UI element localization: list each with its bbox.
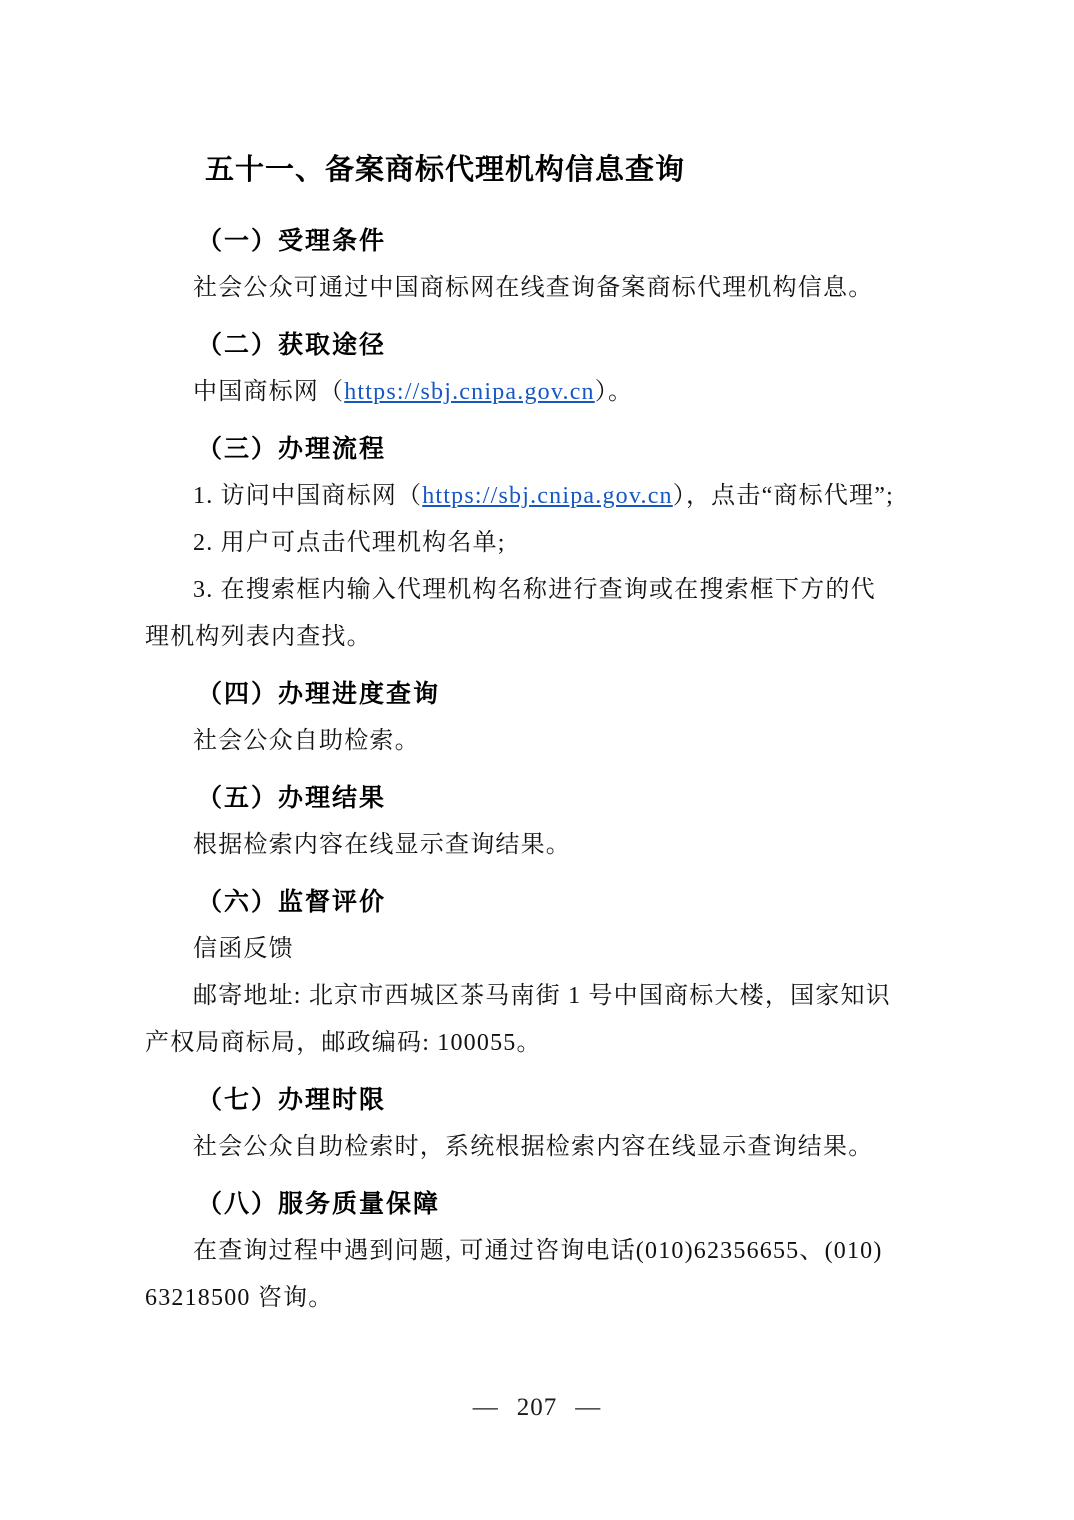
paragraph-progress-query: 社会公众自助检索。 [145,718,934,765]
paragraph-process-step-3-line-2: 理机构列表内查找。 [145,614,934,661]
paragraph-acceptance-conditions: 社会公众可通过中国商标网在线查询备案商标代理机构信息。 [145,265,934,312]
section-heading-progress-query: （四）办理进度查询 [145,671,934,718]
section-heading-process: （三）办理流程 [145,426,934,473]
section-heading-acceptance-conditions: （一）受理条件 [145,218,934,265]
page-title: 五十一、备案商标代理机构信息查询 [145,148,934,192]
document-page: 五十一、备案商标代理机构信息查询 （一）受理条件 社会公众可通过中国商标网在线查… [0,0,1074,1520]
paragraph-time-limit: 社会公众自助检索时，系统根据检索内容在线显示查询结果。 [145,1124,934,1171]
footer-left-dash: — [473,1388,499,1428]
step1-text-before-link: 1. 访问中国商标网（ [193,483,422,509]
paragraph-result: 根据检索内容在线显示查询结果。 [145,822,934,869]
text-before-link: 中国商标网（ [193,379,344,405]
paragraph-service-quality-line-2: 63218500 咨询。 [145,1275,934,1322]
section-heading-time-limit: （七）办理时限 [145,1077,934,1124]
paragraph-mailing-address-line-1: 邮寄地址: 北京市西城区茶马南街 1 号中国商标大楼，国家知识 [145,973,934,1020]
page-number: 207 [517,1394,558,1421]
text-after-link: ）。 [595,379,633,405]
paragraph-process-step-2: 2. 用户可点击代理机构名单; [145,520,934,567]
cnipa-website-link[interactable]: https://sbj.cnipa.gov.cn [422,483,673,509]
cnipa-website-link[interactable]: https://sbj.cnipa.gov.cn [344,379,595,405]
paragraph-process-step-1: 1. 访问中国商标网（https://sbj.cnipa.gov.cn），点击“… [145,473,934,520]
paragraph-access-channel: 中国商标网（https://sbj.cnipa.gov.cn）。 [145,369,934,416]
section-heading-service-quality: （八）服务质量保障 [145,1181,934,1228]
step1-text-after-link: ），点击“商标代理”; [673,483,894,509]
section-heading-result: （五）办理结果 [145,775,934,822]
section-heading-supervision: （六）监督评价 [145,879,934,926]
paragraph-mailing-address-line-2: 产权局商标局，邮政编码: 100055。 [145,1020,934,1067]
paragraph-supervision-feedback: 信函反馈 [145,926,934,973]
paragraph-service-quality-line-1: 在查询过程中遇到问题, 可通过咨询电话(010)62356655、(010) [145,1228,934,1275]
page-footer: —207— [0,1388,1074,1428]
section-heading-access-channel: （二）获取途径 [145,322,934,369]
paragraph-process-step-3-line-1: 3. 在搜索框内输入代理机构名称进行查询或在搜索框下方的代 [145,567,934,614]
footer-right-dash: — [575,1388,601,1428]
